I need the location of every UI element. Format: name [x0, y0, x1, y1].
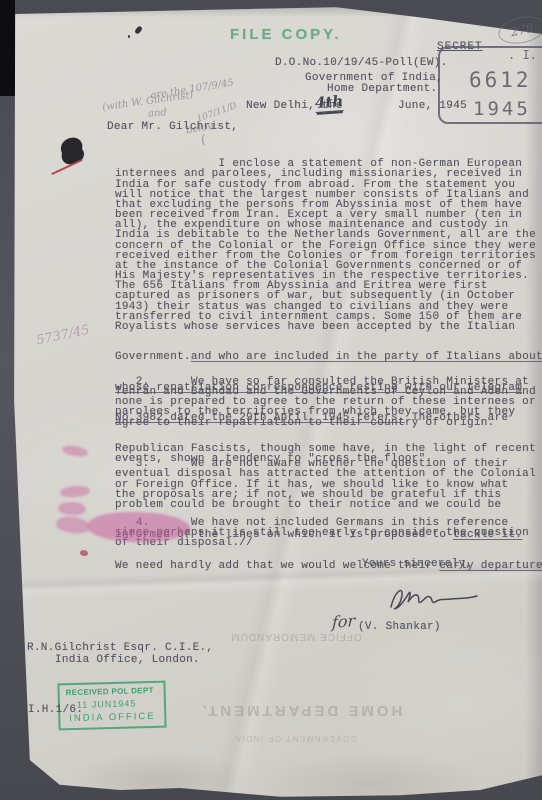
letter-reference: D.O.No.10/19/45-Poll(EW).: [275, 58, 448, 68]
pink-stain-4: [55, 516, 90, 535]
received-stamp-line-1: RECEIVED POL DEPT: [66, 686, 154, 697]
registry-stamp-code: . I.: [508, 48, 537, 62]
pink-stain-3: [58, 502, 86, 515]
dateline-suffix: June, 1945: [398, 101, 467, 111]
bleed-office-memorandum: OFFICE MEMORANDUM: [226, 631, 366, 642]
pink-stain-1: [61, 444, 88, 458]
pink-stain-2: [60, 484, 91, 498]
margin-reference-pencil: 5737/45: [35, 323, 91, 349]
paragraph-1: I enclose a statement of non-German Euro…: [115, 139, 542, 484]
paragraph-1-line18: Government.and who are included in the p…: [115, 352, 542, 362]
signature: [383, 581, 483, 615]
valediction: Yours sincerely,: [362, 559, 472, 569]
letter-content: FILE COPY. 278 SECRET . I. 6612 1945 D.O…: [0, 0, 542, 800]
signed-for-script: for: [332, 611, 356, 632]
line18-underlined: and who are included in the party of Ita…: [191, 351, 542, 363]
salutation: Dear Mr. Gilchrist,: [107, 122, 238, 132]
recipient-line-2: India Office, London.: [55, 655, 200, 665]
ink-speck-1: [134, 25, 143, 34]
registry-stamp-number: 6612: [469, 68, 532, 92]
paragraph-2: 2. We have so far consulted the British …: [115, 377, 536, 428]
line18-plain: Government.: [115, 351, 191, 363]
pencil-note-3: and: [148, 107, 168, 120]
red-stain-dot: [80, 550, 88, 556]
paragraph-3: 3. We are not aware whether the question…: [115, 439, 542, 591]
bleed-government-of-india: GOVERNMENT OF INDIA: [247, 734, 357, 743]
org-line-2: Home Department.: [327, 84, 437, 94]
registry-stamp-year: 1945: [473, 98, 531, 120]
circled-folio-number: 278: [496, 12, 542, 47]
signatory-name: (V. Shankar): [358, 622, 441, 632]
scanned-letter-page: FILE COPY. 278 SECRET . I. 6612 1945 D.O…: [0, 0, 542, 800]
handwritten-date-day: 4th: [314, 92, 344, 113]
bleed-home-department: HOME DEPARTMENT.: [195, 702, 407, 719]
pink-stain-large: [88, 512, 190, 542]
paragraph-3-line7: We need hardly add that we would welcome…: [115, 561, 542, 571]
org-line-1: Government of India,: [305, 73, 443, 83]
paragraph-1-lines: I enclose a statement of non-German Euro…: [115, 159, 542, 332]
file-reference: I.H.1/6.: [28, 705, 83, 715]
received-stamp-line-2: 11 JUN1945: [77, 698, 137, 710]
file-copy-stamp: FILE COPY.: [230, 26, 342, 43]
recipient-line-1: R.N.Gilchrist Esqr. C.I.E.,: [27, 643, 213, 653]
folio-number-text: 278: [509, 21, 534, 39]
ink-speck-2: [128, 35, 130, 38]
paragraph-3-lines: 3. We are not aware whether the question…: [115, 459, 542, 510]
